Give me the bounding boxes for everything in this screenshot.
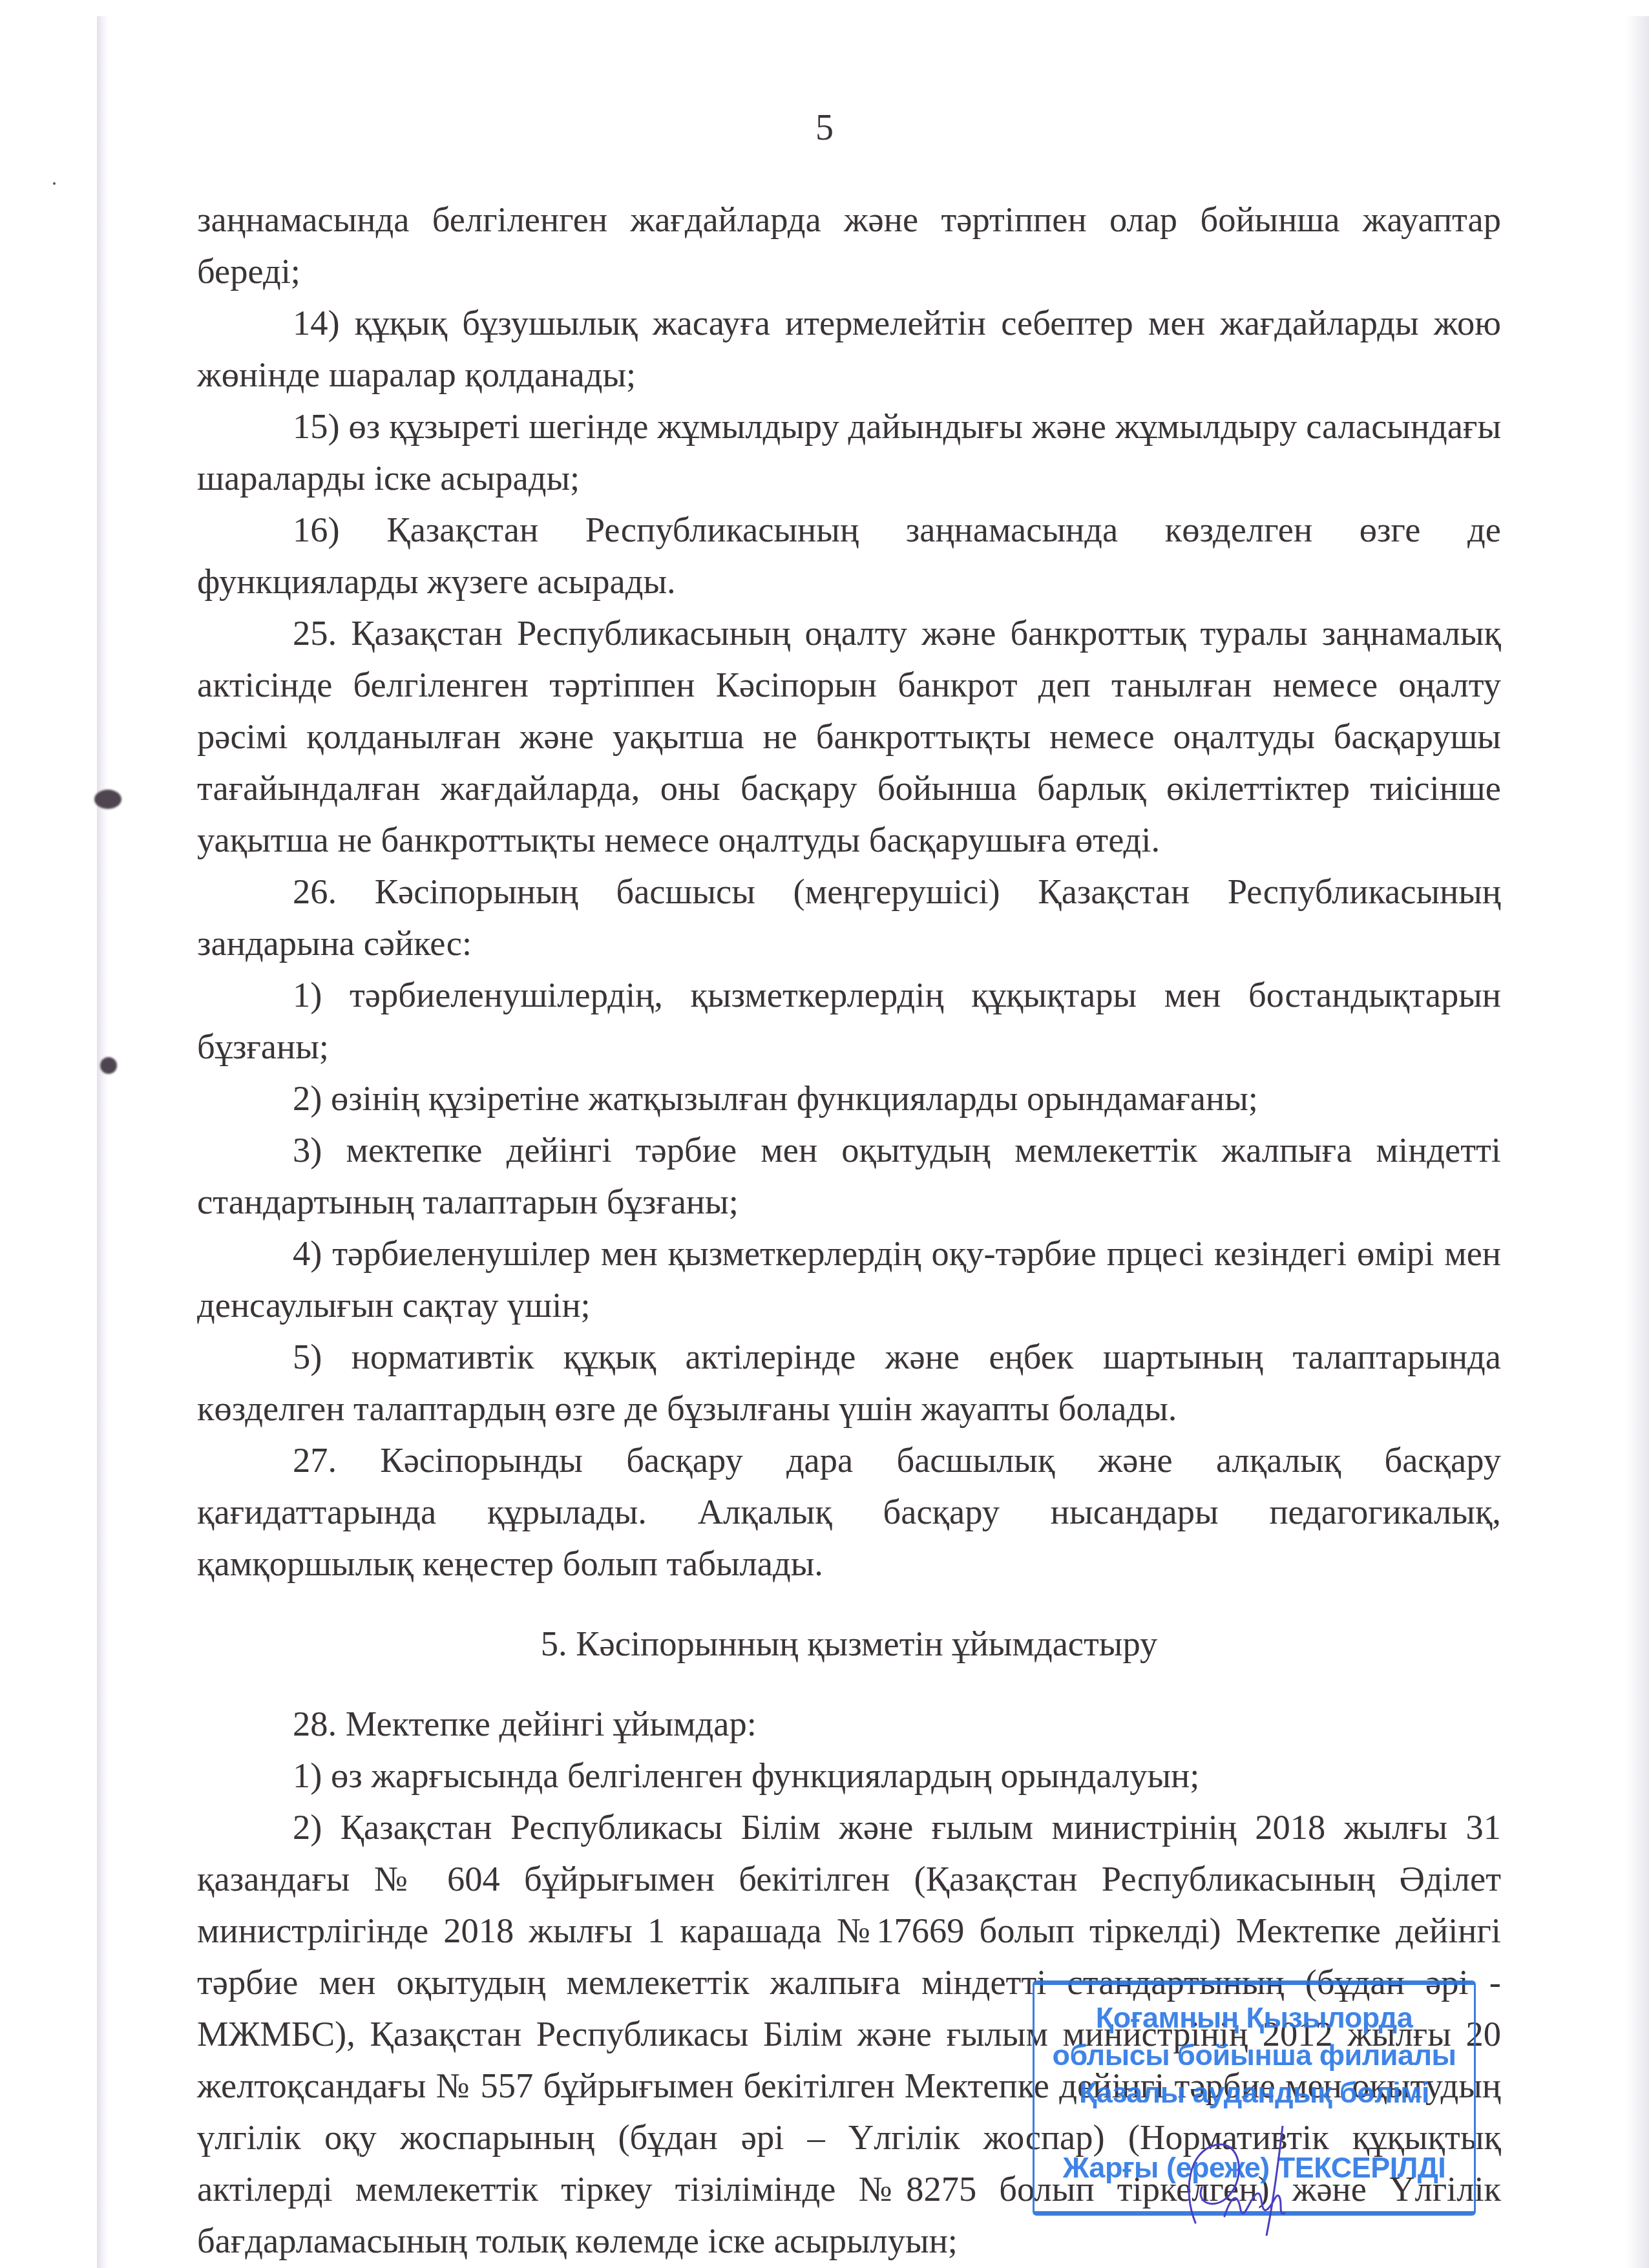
approval-stamp: Қоғамның Қызылорда облысы бойынша филиал… [1033, 1980, 1476, 2216]
punch-hole-mark [94, 790, 121, 809]
stray-dot [53, 182, 56, 185]
paragraph-clause-27: 27. Кәсіпорынды басқару дара басшылық жә… [197, 1434, 1501, 1590]
section-heading: 5. Кәсіпорынның қызметін ұйымдастыру [197, 1618, 1501, 1670]
paragraph-item-14: 14) құқық бұзушылық жасауға итермелейтін… [197, 297, 1501, 401]
paragraph-clause-26-item-3: 3) мектепке дейінгі тәрбие мен оқытудың … [197, 1124, 1501, 1228]
page-number: 5 [0, 110, 1649, 146]
paragraph-clause-26-item-1: 1) тәрбиеленушілердің, қызметкерлердің қ… [197, 969, 1501, 1073]
stamp-line-verified: Жарғы (ереже) ТЕКСЕРІЛДІ [1035, 2149, 1474, 2187]
paragraph-clause-28: 28. Мектепке дейінгі ұйымдар: [197, 1698, 1501, 1750]
paragraph-item-15: 15) өз құзыреті шегінде жұмылдыру дайынд… [197, 401, 1501, 504]
scan-edge-right [1626, 16, 1649, 2268]
stamp-line-department: Қазалы аудандық бөлімі [1035, 2074, 1474, 2112]
document-body: заңнамасында белгіленген жағдайларда жән… [197, 194, 1501, 2267]
paragraph-clause-26-item-5: 5) нормативтік құқық актілерінде және ең… [197, 1331, 1501, 1434]
stamp-line-organization: Қоғамның Қызылорда [1035, 1999, 1474, 2037]
paragraph-clause-26-item-4: 4) тәрбиеленушілер мен қызметкерлердің о… [197, 1228, 1501, 1331]
paragraph-clause-26-item-2: 2) өзінің құзіретіне жатқызылған функция… [197, 1073, 1501, 1124]
stamp-line-branch: облысы бойынша филиалы [1035, 2037, 1474, 2074]
paragraph-clause-28-item-1: 1) өз жарғысында белгіленген функциялард… [197, 1750, 1501, 1801]
paragraph-clause-25: 25. Қазақстан Республикасының оңалту жән… [197, 607, 1501, 866]
scan-edge-left [97, 16, 109, 2268]
paragraph-clause-26: 26. Кәсіпорының басшысы (меңгерушісі) Қа… [197, 866, 1501, 969]
scan-edge-top [97, 0, 1649, 16]
punch-hole-mark [100, 1057, 117, 1074]
paragraph-item-16: 16) Қазақстан Республикасының заңнамасын… [197, 504, 1501, 607]
paragraph-continuation: заңнамасында белгіленген жағдайларда жән… [197, 194, 1501, 297]
